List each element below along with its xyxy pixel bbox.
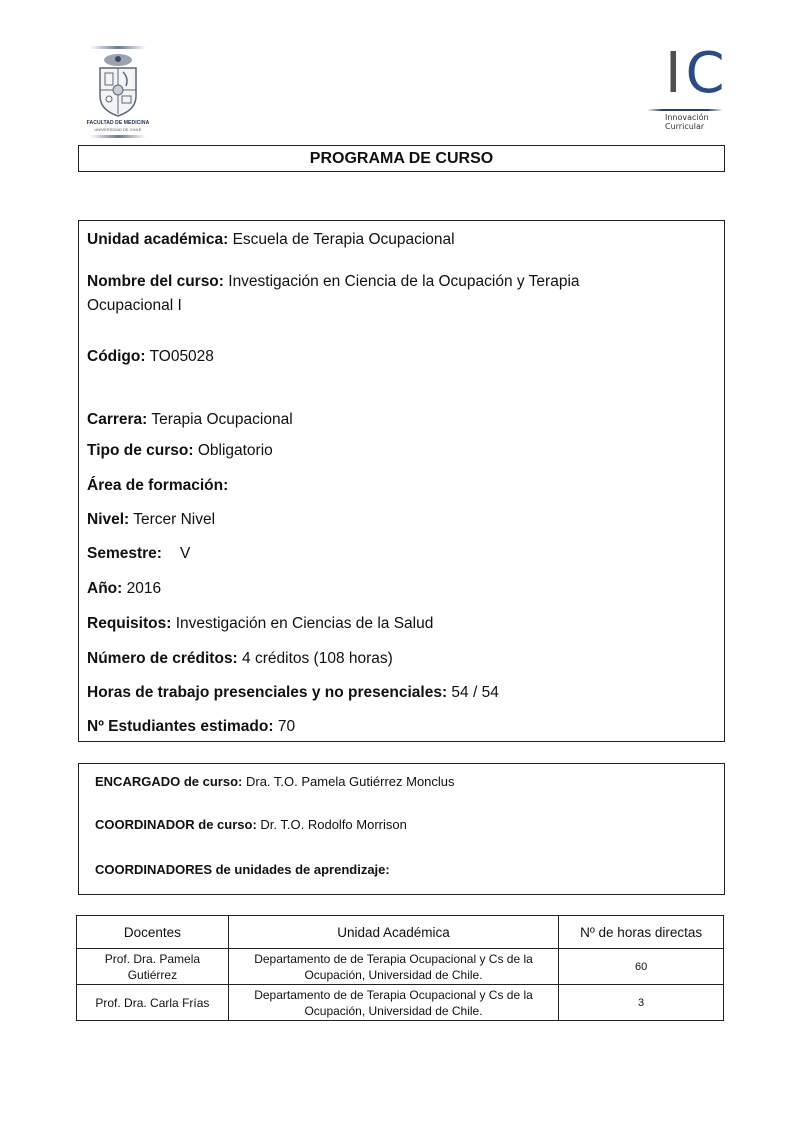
column-header-horas: Nº de horas directas (559, 916, 724, 949)
teachers-table: Docentes Unidad Académica Nº de horas di… (76, 915, 724, 1021)
faculty-name: FACULTAD DE MEDICINA (82, 120, 154, 126)
course-staff-box: ENCARGADO de curso: Dra. T.O. Pamela Gut… (78, 763, 725, 895)
table-row: Prof. Dra. Carla Frías Departamento de d… (77, 985, 724, 1021)
logo-divider (647, 109, 723, 111)
field-carrera: Carrera: Terapia Ocupacional (87, 411, 293, 429)
field-nombre-cont: Ocupacional I (87, 297, 182, 315)
field-coordinador: COORDINADOR de curso: Dr. T.O. Rodolfo M… (95, 817, 407, 832)
logo-caption: Innovación Curricular (665, 113, 709, 131)
table-row: Prof. Dra. Pamela Gutiérrez Departamento… (77, 949, 724, 985)
table-header-row: Docentes Unidad Académica Nº de horas di… (77, 916, 724, 949)
field-estudiantes: Nº Estudiantes estimado: 70 (87, 718, 295, 736)
field-anio: Año: 2016 (87, 580, 161, 598)
page-title: PROGRAMA DE CURSO (78, 145, 725, 172)
field-creditos: Número de créditos: 4 créditos (108 hora… (87, 650, 393, 668)
ic-mark: IC (665, 44, 729, 104)
course-info-box: Unidad académica: Escuela de Terapia Ocu… (78, 220, 725, 742)
field-semestre: Semestre:V (87, 545, 190, 563)
university-name: UNIVERSIDAD DE CHILE (82, 127, 154, 132)
field-area: Área de formación: (87, 477, 228, 495)
logo-divider (90, 46, 146, 49)
field-nombre: Nombre del curso: Investigación en Cienc… (87, 273, 580, 291)
cell-unidad: Departamento de de Terapia Ocupacional y… (228, 949, 558, 985)
column-header-unidad: Unidad Académica (228, 916, 558, 949)
faculty-logo: FACULTAD DE MEDICINA UNIVERSIDAD DE CHIL… (88, 46, 148, 138)
cell-docente: Prof. Dra. Pamela Gutiérrez (77, 949, 229, 985)
field-unidad: Unidad académica: Escuela de Terapia Ocu… (87, 231, 455, 249)
field-tipo: Tipo de curso: Obligatorio (87, 442, 273, 460)
university-crest-icon (88, 52, 148, 118)
field-horas: Horas de trabajo presenciales y no prese… (87, 684, 499, 702)
cell-horas: 60 (559, 949, 724, 985)
field-codigo: Código: TO05028 (87, 348, 214, 366)
logo-divider (90, 135, 146, 138)
innovacion-curricular-logo: IC Innovación Curricular (645, 52, 725, 137)
cell-horas: 3 (559, 985, 724, 1021)
field-coordinadores: COORDINADORES de unidades de aprendizaje… (95, 862, 390, 877)
field-encargado: ENCARGADO de curso: Dra. T.O. Pamela Gut… (95, 774, 455, 789)
column-header-docentes: Docentes (77, 916, 229, 949)
cell-unidad: Departamento de de Terapia Ocupacional y… (228, 985, 558, 1021)
field-nivel: Nivel: Tercer Nivel (87, 511, 215, 529)
field-requisitos: Requisitos: Investigación en Ciencias de… (87, 615, 433, 633)
cell-docente: Prof. Dra. Carla Frías (77, 985, 229, 1021)
